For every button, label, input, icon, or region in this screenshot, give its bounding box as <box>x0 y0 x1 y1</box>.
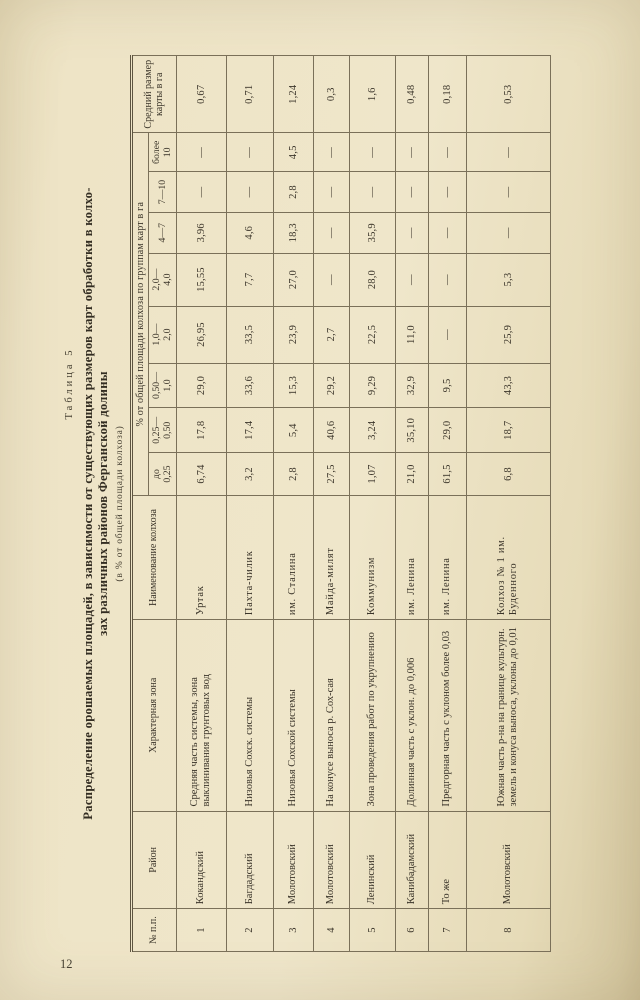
cell-num: 6 <box>395 909 428 952</box>
cell-value: 40,6 <box>313 408 349 453</box>
cell-num: 2 <box>226 909 273 952</box>
cell-value: — <box>395 133 428 172</box>
cell-num: 3 <box>273 909 313 952</box>
cell-num: 7 <box>428 909 466 952</box>
cell-value: — <box>226 133 273 172</box>
rotated-table-block: Таблица 5 Распределение орошаемых площад… <box>62 55 610 952</box>
cell-value: 7,7 <box>226 253 273 306</box>
cell-value: 22,5 <box>349 306 395 363</box>
table-body: 1 Кокандский Средняя часть системы, зона… <box>176 56 550 952</box>
cell-value: 33,5 <box>226 306 273 363</box>
cell-value: — <box>349 172 395 213</box>
cell-kolkhoz: Майда-милят <box>313 495 349 619</box>
cell-avg: 0,18 <box>428 56 466 133</box>
cell-num: 1 <box>176 909 226 952</box>
cell-value: 3,96 <box>176 212 226 253</box>
cell-rayon: То же <box>428 811 466 909</box>
col-header-sub-0: до 0,25 <box>149 453 177 496</box>
table-row: 8 Молотовский Южная часть р-на на границ… <box>466 56 550 952</box>
cell-value: 15,3 <box>273 363 313 408</box>
cell-value: 26,95 <box>176 306 226 363</box>
cell-avg: 0,3 <box>313 56 349 133</box>
cell-zona: Предгорная часть с уклоном более 0,03 <box>428 620 466 811</box>
cell-value: — <box>428 172 466 213</box>
cell-value: 21,0 <box>395 453 428 496</box>
col-header-avg: Средний размер карты в га <box>131 56 176 133</box>
cell-value: — <box>349 133 395 172</box>
table-row: 7 То же Предгорная часть с уклоном более… <box>428 56 466 952</box>
cell-value: 29,2 <box>313 363 349 408</box>
cell-kolkhoz: Колхоз № 1 им. Буденного <box>466 495 550 619</box>
cell-value: 25,9 <box>466 306 550 363</box>
cell-value: 35,10 <box>395 408 428 453</box>
cell-value: 5,4 <box>273 408 313 453</box>
cell-value: 18,7 <box>466 408 550 453</box>
cell-avg: 1,6 <box>349 56 395 133</box>
cell-rayon: Молотовский <box>466 811 550 909</box>
col-header-sub-3: 1,0— 2,0 <box>149 306 177 363</box>
table-row: 1 Кокандский Средняя часть системы, зона… <box>176 56 226 952</box>
table-title-line2: зах различных районов Ферганской долины <box>96 55 111 952</box>
cell-value: 43,3 <box>466 363 550 408</box>
col-header-kolkhoz: Наименование колхоза <box>131 495 176 619</box>
cell-value: — <box>428 212 466 253</box>
cell-num: 5 <box>349 909 395 952</box>
cell-value: — <box>428 306 466 363</box>
cell-rayon: Багдадский <box>226 811 273 909</box>
cell-rayon: Кокандский <box>176 811 226 909</box>
cell-value: 4,6 <box>226 212 273 253</box>
cell-value: 9,5 <box>428 363 466 408</box>
cell-value: 1,07 <box>349 453 395 496</box>
table-row: 5 Ленинский Зона проведения работ по укр… <box>349 56 395 952</box>
cell-value: 9,29 <box>349 363 395 408</box>
col-header-sub-6: 7—10 <box>149 172 177 213</box>
cell-avg: 0,53 <box>466 56 550 133</box>
cell-value: 15,55 <box>176 253 226 306</box>
col-header-sub-4: 2,0— 4,0 <box>149 253 177 306</box>
cell-value: — <box>313 172 349 213</box>
cell-kolkhoz: Пахта-чилик <box>226 495 273 619</box>
cell-value: — <box>313 212 349 253</box>
cell-avg: 0,71 <box>226 56 273 133</box>
col-header-zona: Характерная зона <box>131 620 176 811</box>
cell-value: — <box>395 212 428 253</box>
cell-zona: Низовья Сохск. системы <box>226 620 273 811</box>
cell-kolkhoz: Коммунизм <box>349 495 395 619</box>
cell-value: 17,4 <box>226 408 273 453</box>
cell-value: 17,8 <box>176 408 226 453</box>
cell-value: 29,0 <box>176 363 226 408</box>
table-row: 2 Багдадский Низовья Сохск. системы Пахт… <box>226 56 273 952</box>
cell-num: 4 <box>313 909 349 952</box>
cell-kolkhoz: им. Ленина <box>395 495 428 619</box>
cell-zona: Долинная часть с уклон. до 0,006 <box>395 620 428 811</box>
table-subtitle: (в % от общей площади колхоза) <box>115 55 125 952</box>
cell-zona: Средняя часть системы, зона выклинивания… <box>176 620 226 811</box>
page-number: 12 <box>60 957 73 972</box>
col-header-rayon: Район <box>131 811 176 909</box>
cell-kolkhoz: им. Ленина <box>428 495 466 619</box>
table-label: Таблица 5 <box>64 55 75 952</box>
cell-value: 35,9 <box>349 212 395 253</box>
col-header-sub-1: 0,25— 0,50 <box>149 408 177 453</box>
cell-value: — <box>313 253 349 306</box>
cell-value: 4,5 <box>273 133 313 172</box>
cell-rayon: Ленинский <box>349 811 395 909</box>
cell-value: — <box>176 133 226 172</box>
table-title: Распределение орошаемых площадей, в зави… <box>81 55 112 952</box>
cell-avg: 0,48 <box>395 56 428 133</box>
cell-value: 6,74 <box>176 453 226 496</box>
data-table: № п.п. Район Характерная зона Наименован… <box>130 55 551 952</box>
cell-value: 2,8 <box>273 172 313 213</box>
cell-value: — <box>466 133 550 172</box>
cell-value: 29,0 <box>428 408 466 453</box>
cell-num: 8 <box>466 909 550 952</box>
cell-zona: Зона проведения работ по укрупнению <box>349 620 395 811</box>
cell-value: — <box>176 172 226 213</box>
cell-zona: Низовья Сохской системы <box>273 620 313 811</box>
cell-kolkhoz: Уртак <box>176 495 226 619</box>
cell-value: 61,5 <box>428 453 466 496</box>
table-title-line1: Распределение орошаемых площадей, в зави… <box>81 55 96 952</box>
cell-value: 23,9 <box>273 306 313 363</box>
cell-value: — <box>395 172 428 213</box>
scanned-page: Таблица 5 Распределение орошаемых площад… <box>0 0 640 1000</box>
cell-value: 27,0 <box>273 253 313 306</box>
cell-value: 3,24 <box>349 408 395 453</box>
col-header-num: № п.п. <box>131 909 176 952</box>
cell-avg: 1,24 <box>273 56 313 133</box>
cell-value: — <box>466 172 550 213</box>
cell-rayon: Канибадамский <box>395 811 428 909</box>
cell-value: 11,0 <box>395 306 428 363</box>
cell-kolkhoz: им. Сталина <box>273 495 313 619</box>
cell-value: — <box>313 133 349 172</box>
cell-value: — <box>395 253 428 306</box>
cell-value: — <box>226 172 273 213</box>
col-header-sub-5: 4—7 <box>149 212 177 253</box>
cell-value: 32,9 <box>395 363 428 408</box>
table-row: 6 Канибадамский Долинная часть с уклон. … <box>395 56 428 952</box>
cell-value: 2,8 <box>273 453 313 496</box>
table-row: 4 Молотовский На конусе выноса р. Сох-са… <box>313 56 349 952</box>
cell-rayon: Молотовский <box>273 811 313 909</box>
cell-avg: 0,67 <box>176 56 226 133</box>
cell-zona: На конусе выноса р. Сох-сая <box>313 620 349 811</box>
col-header-sub-2: 0,50— 1,0 <box>149 363 177 408</box>
col-header-group: % от общей площади колхоза по группам ка… <box>131 133 149 495</box>
cell-value: 28,0 <box>349 253 395 306</box>
table-row: 3 Молотовский Низовья Сохской системы им… <box>273 56 313 952</box>
cell-value: 3,2 <box>226 453 273 496</box>
cell-value: 18,3 <box>273 212 313 253</box>
cell-value: — <box>466 212 550 253</box>
cell-value: 5,3 <box>466 253 550 306</box>
cell-value: — <box>428 253 466 306</box>
cell-value: — <box>428 133 466 172</box>
cell-rayon: Молотовский <box>313 811 349 909</box>
table-header: № п.п. Район Характерная зона Наименован… <box>131 56 176 952</box>
cell-value: 2,7 <box>313 306 349 363</box>
cell-value: 33,6 <box>226 363 273 408</box>
cell-zona: Южная часть р-на на границе культурн. зе… <box>466 620 550 811</box>
cell-value: 6,8 <box>466 453 550 496</box>
col-header-sub-7: более 10 <box>149 133 177 172</box>
cell-value: 27,5 <box>313 453 349 496</box>
